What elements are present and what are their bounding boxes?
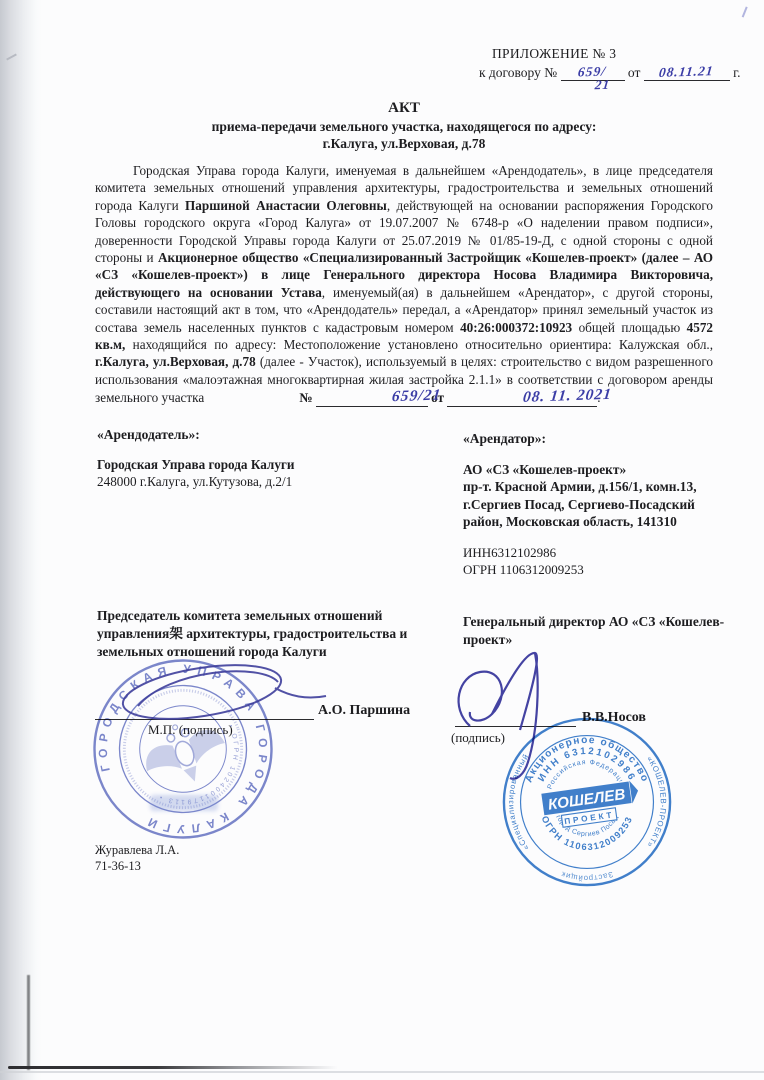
contract-number-field: 659/21 <box>561 64 625 81</box>
scan-edge-left <box>0 0 42 1080</box>
lessee-inn: ИНН6312102986 <box>463 544 737 561</box>
to-contract-prefix: к договору № <box>479 65 557 80</box>
lessee-registration: ИНН6312102986 ОГРН 1106312009253 <box>463 544 737 578</box>
contract-number-denominator: 21 <box>594 77 611 94</box>
body-date-field: 08. 11. 2021 <box>447 388 597 406</box>
body-seg1: Паршиной Анастасии Олеговны <box>185 198 387 213</box>
title-line2: приема-передачи земельного участка, нахо… <box>95 118 713 136</box>
document-title: АКТ приема-передачи земельного участка, … <box>95 100 713 153</box>
scan-edge-bottom <box>8 1066 338 1069</box>
lessee-address: пр-т. Красной Армии, д.156/1, комн.13, г… <box>463 478 737 530</box>
executor-phone: 71-36-13 <box>95 859 179 875</box>
ot-label: от <box>628 65 640 80</box>
corner-mark-top-right <box>734 4 747 18</box>
lessee-name: АО «СЗ «Кошелев-проект» <box>463 461 737 478</box>
body-seg6: общей площадью <box>572 320 686 335</box>
body-number-label: № <box>299 390 312 405</box>
lessor-signature-ink <box>110 648 340 743</box>
body-date-handwritten: 08. 11. 2021 <box>484 386 613 408</box>
executor-block: Журавлева Л.А. 71-36-13 <box>95 843 179 874</box>
svg-text:«Специализированный: «Специализированный <box>506 752 531 852</box>
scan-edge-bottom-faint <box>0 1071 764 1073</box>
contract-date-handwritten: 08.11.21 <box>659 63 715 81</box>
contract-date-field: 08.11.21 <box>644 64 730 81</box>
lessee-heading: «Арендатор»: <box>463 431 546 447</box>
lessee-stamp-bottom-outer: Застройщик <box>560 870 615 883</box>
body-number-field: 659/21 <box>316 388 428 406</box>
executor-name: Журавлева Л.А. <box>95 843 179 859</box>
lessor-name: Городская Управа города Калуги <box>97 456 397 473</box>
document-page: ПРИЛОЖЕНИЕ № 3 к договору № 659/21 от 08… <box>0 0 764 1080</box>
lessor-heading: «Арендодатель»: <box>97 427 200 443</box>
body-number-handwritten: 659/21 <box>353 387 442 407</box>
body-seg8: находящийся по адресу: Местоположение ус… <box>125 337 713 352</box>
body-seg5-cadastral-number: 40:26:000372:10923 <box>460 320 572 335</box>
appendix-label: ПРИЛОЖЕНИЕ № 3 <box>492 46 616 62</box>
svg-text:Застройщик: Застройщик <box>560 870 615 883</box>
lessee-round-stamp: Акционерное общество ИНН 6312102986 Росс… <box>497 712 677 892</box>
title-line3: г.Калуга, ул.Верховая, д.78 <box>95 135 713 153</box>
scan-edge-ridge <box>27 975 30 1070</box>
lessee-signatory-title: Генеральный директор АО «СЗ «Кошелев-про… <box>463 613 745 649</box>
lessor-address: 248000 г.Калуга, ул.Кутузова, д.2/1 <box>97 473 397 490</box>
lessee-ogrn: ОГРН 1106312009253 <box>463 561 737 578</box>
body-seg9-address: г.Калуга, ул.Верховая, д.78 <box>95 354 256 369</box>
stamp-smudge <box>150 795 218 811</box>
lessee-details: АО «СЗ «Кошелев-проект» пр-т. Красной Ар… <box>463 461 737 578</box>
main-paragraph: Городская Управа города Калуги, именуема… <box>95 162 713 407</box>
year-suffix: г. <box>733 65 740 80</box>
lessee-stamp-side-left: «Специализированный <box>506 752 531 852</box>
lessor-details: Городская Управа города Калуги 248000 г.… <box>97 456 397 490</box>
title-act: АКТ <box>95 100 713 118</box>
contract-reference-line: к договору № 659/21 от 08.11.21 г. <box>479 64 741 81</box>
